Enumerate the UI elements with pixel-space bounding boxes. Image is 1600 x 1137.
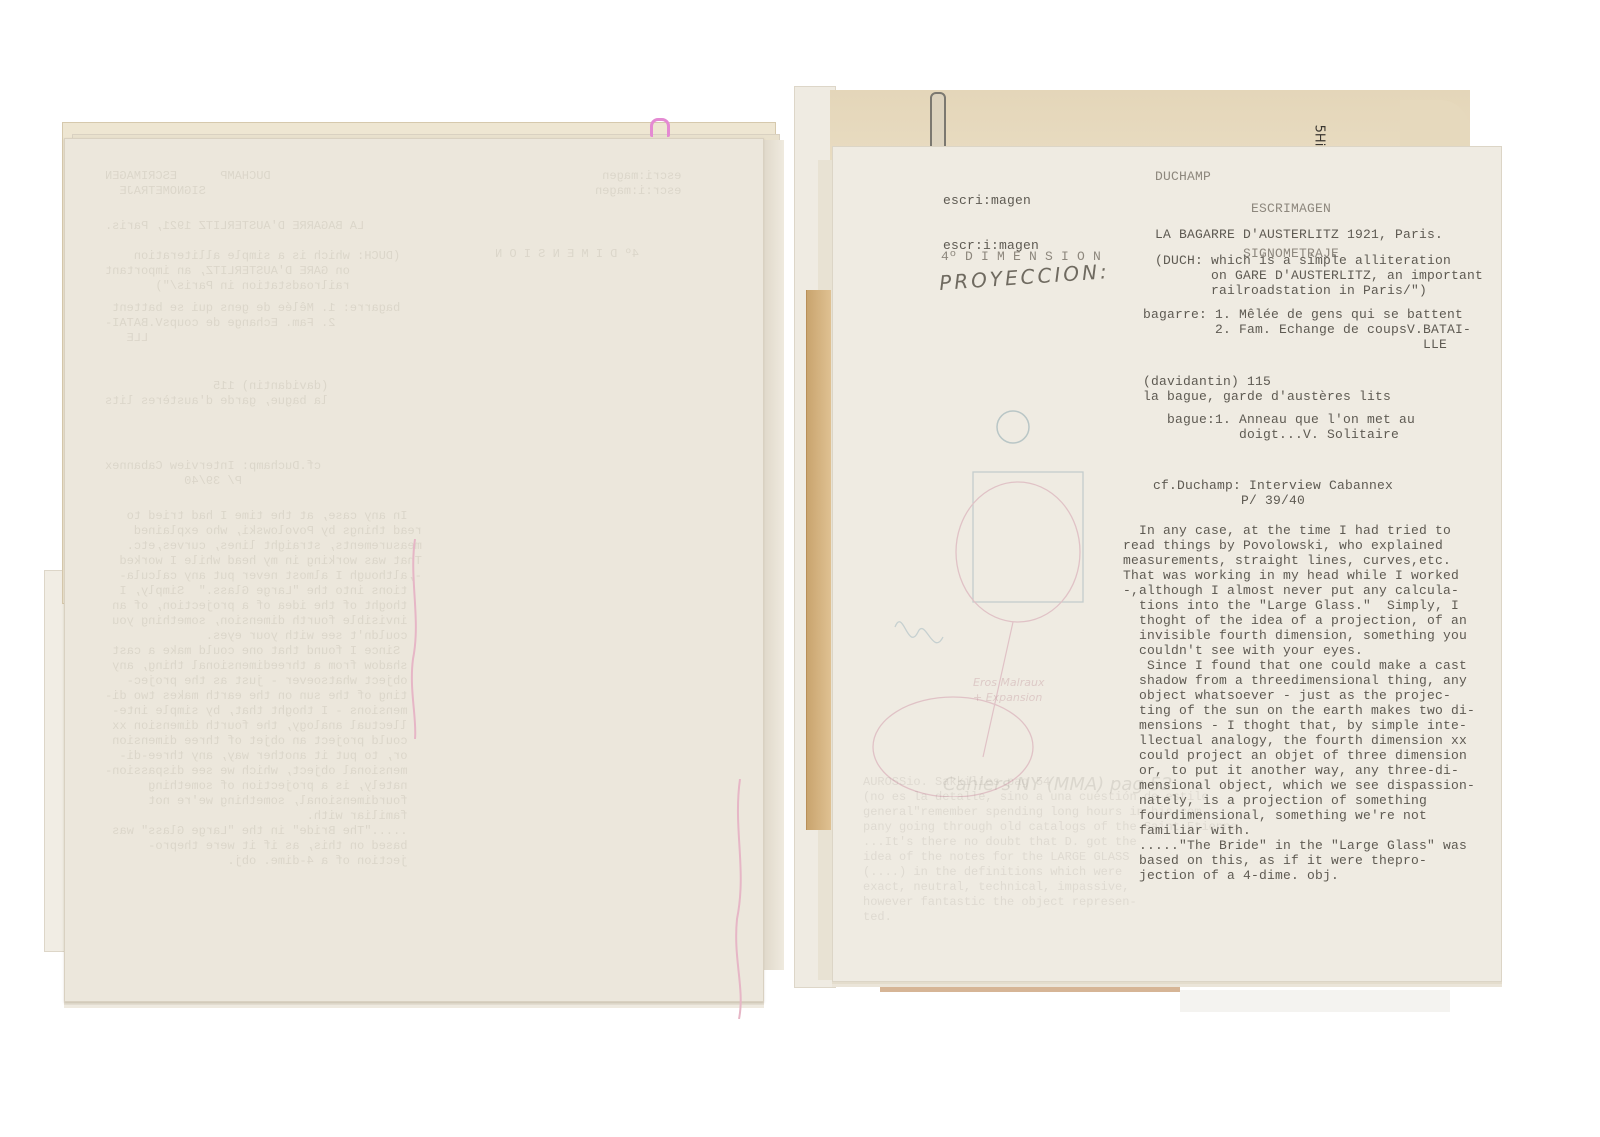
ghost-bagarre: bagarre: 1. Mêlée de gens qui se battent… [105,301,400,346]
quote-line: In any case, at the time I had tried to [1123,523,1453,538]
quote-line: tions into the "Large Glass." Simply, I [1123,598,1453,613]
ghost-quote: In any case, at the time I had tried to … [105,509,422,869]
ghost-davidantin: (davidantin) 115 la bague, garde d'austè… [105,379,328,409]
bagarre-definition: bagarre: 1. Mêlée de gens qui se battent… [1143,307,1471,352]
quote-line: couldn't see with your eyes. [1123,643,1453,658]
pencil-note: Eros Malraux + Expansion [973,675,1044,705]
ghost-duch-note: (DUCH: which is a simple alliteration on… [105,249,400,294]
duch-note: (DUCH: which is a simple alliteration on… [1155,253,1483,298]
ghost-cf: cf.Duchamp: Interview Cabannex P/ 39/40 [105,459,321,489]
quote-line: read things by Povolowski, who explained [1123,538,1453,553]
quote-line: llectual analogy, the fourth dimension x… [1123,733,1453,748]
ghost-lower-text: AUROSSio. Sakkilies pag 54 (no es la det… [863,775,1237,925]
paper-clip-icon [650,118,670,137]
white-paper-strip [1180,990,1450,1012]
header-right-line-1: ESCRIMAGEN [1243,201,1339,216]
quote-line: mensions - I thoght that, by simple inte… [1123,718,1453,733]
ghost-dimension: 4º D I M E N S I O N [495,247,639,262]
ghost-header-right: DUCHAMP ESCRIMAGEN SIGNOMETRAJE [105,169,271,199]
quote-line: thoght of the idea of a projection, of a… [1123,613,1453,628]
ghost-title: LA BAGARRE D'AUSTERLITZ 1921, Paris. [105,219,364,234]
quote-line: could project an objet of three dimensio… [1123,748,1453,763]
quote-line: object whatsoever - just as the projec- [1123,688,1453,703]
quote-line: That was working in my head while I work… [1123,568,1453,583]
wooden-ruler [806,290,831,830]
folder-tag: 5Hi [1311,125,1326,147]
cabanne-reference: cf.Duchamp: Interview Cabannex P/ 39/40 [1153,478,1393,508]
quote-line: -,although I almost never put any calcul… [1123,583,1453,598]
davidantin-reference: (davidantin) 115 la bague, garde d'austè… [1143,374,1391,404]
ghost-header-left: escri:magen escr:i:magen [595,169,681,199]
header-left-line-1: escri:magen [943,193,1039,208]
header-author: DUCHAMP [1155,169,1211,184]
bague-definition: bague:1. Anneau que l'on met au doigt...… [1143,412,1415,442]
quote-line: measurements, straight lines, curves,etc… [1123,553,1453,568]
left-stack-top-page: escri:magen escr:i:magen DUCHAMP ESCRIMA… [64,138,764,1002]
quote-line: Since I found that one could make a cast [1123,658,1453,673]
right-typewritten-page: Eros Malraux + Expansion Cahiers NY (MMA… [832,146,1502,982]
quote-line: shadow from a threedimensional thing, an… [1123,673,1453,688]
quote-line: invisible fourth dimension, something yo… [1123,628,1453,643]
document-title: LA BAGARRE D'AUSTERLITZ 1921, Paris. [1155,227,1443,242]
quote-line: ting of the sun on the earth makes two d… [1123,703,1453,718]
pink-pencil-mark-2 [725,779,755,1019]
